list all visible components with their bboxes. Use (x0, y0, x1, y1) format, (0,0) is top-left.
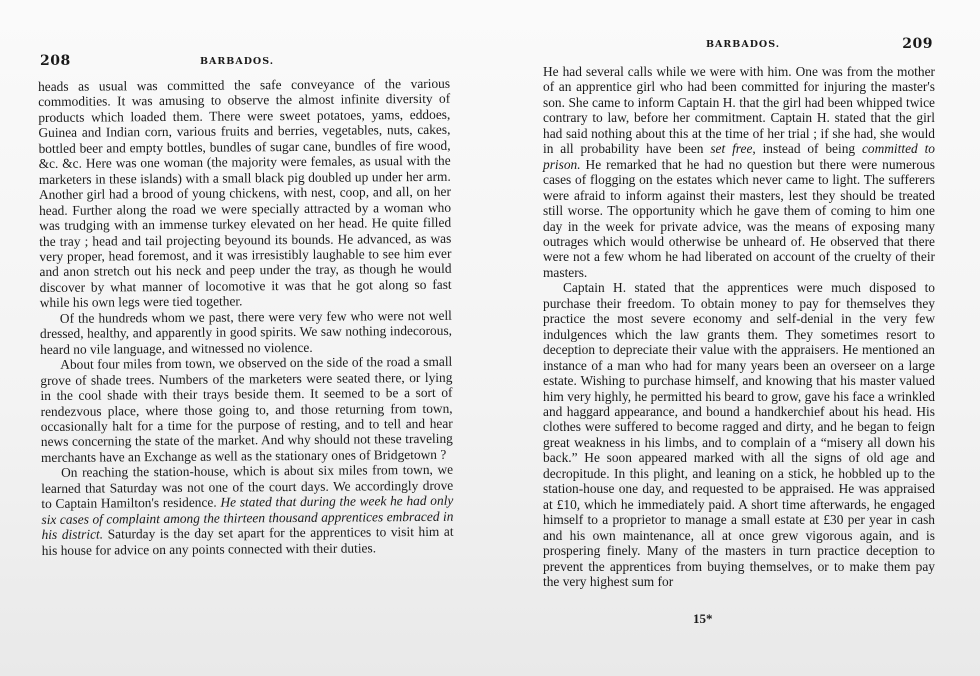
paragraph: On reaching the station-house, which is … (41, 462, 454, 558)
paragraph: About four miles from town, we observed … (40, 354, 453, 465)
page-body: He had several calls while we were with … (543, 64, 935, 589)
italic-phrase: set free (710, 141, 752, 156)
paragraph: heads as usual was committed the safe co… (38, 76, 452, 311)
signature-mark: 15* (693, 611, 713, 627)
paragraph-text: He remarked that he had no question but … (543, 157, 935, 280)
paragraph: Of the hundreds whom we past, there were… (40, 308, 452, 358)
running-title: BARBADOS. (200, 56, 274, 67)
running-title: BARBADOS. (706, 39, 780, 50)
paragraph-text: , instead of being (752, 141, 862, 156)
running-head-left: 208 BARBADOS. (38, 55, 448, 73)
running-head-right: BARBADOS. 209 (543, 38, 935, 56)
paragraph: Captain H. stated that the apprentices w… (543, 280, 935, 589)
page-body: heads as usual was committed the safe co… (38, 76, 454, 558)
page-number: 209 (902, 36, 933, 52)
page-number: 208 (40, 53, 71, 69)
paragraph-text: Saturday is the day set apart for the ap… (42, 524, 454, 558)
book-spread: 208 BARBADOS. heads as usual was committ… (0, 0, 980, 676)
paragraph: He had several calls while we were with … (543, 64, 935, 280)
